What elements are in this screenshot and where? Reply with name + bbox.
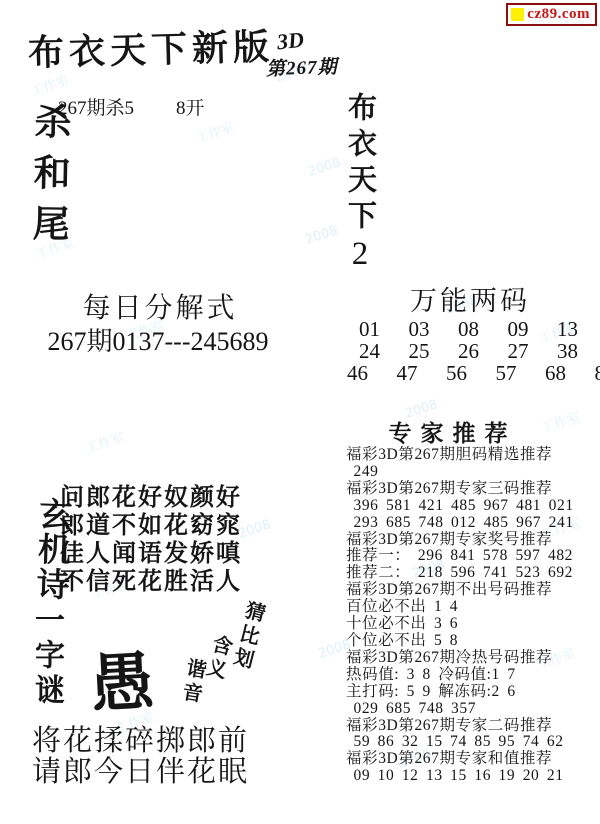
daily-formula-title: 每日分解式 — [25, 286, 295, 326]
poem-line: 佳人闻语发娇嗔 — [60, 540, 242, 568]
game-label: 3D — [276, 27, 305, 56]
universal-codes-row: 46 47 56 57 68 89 — [345, 362, 595, 384]
expert-line: 福彩3D第267期胆码精选推荐 — [346, 447, 600, 464]
expert-line: 福彩3D第267期专家和值推荐 — [346, 751, 600, 768]
couplet-line: 将花揉碎掷郎前 — [32, 726, 249, 757]
couplet-line: 请郎今日伴花眠 — [32, 757, 249, 788]
mystery-poem: 问郎花好奴颜好郎道不如花窈窕佳人闻语发娇嗔不信死花胜活人 — [60, 484, 242, 596]
logo-yellow-square-icon — [511, 8, 524, 21]
logo-text: cz89.com — [527, 6, 590, 23]
issue-number: 第267期 — [266, 52, 338, 81]
left-vertical-banner: 杀和尾 — [19, 102, 76, 256]
expert-line: 249 — [346, 464, 600, 481]
expert-line: 396 581 421 485 967 481 021 — [346, 498, 600, 515]
expert-line: 热码值: 3 8 冷码值:1 7 — [346, 667, 600, 684]
right-vertical-banner: 布衣天下2 — [340, 92, 381, 272]
daily-formula-content: 267期0137---245689 — [18, 321, 298, 358]
expert-line: 福彩3D第267期不出号码推荐 — [346, 582, 600, 599]
watermark-text: 工作室 — [193, 116, 236, 146]
page-title: 布衣天下新版 — [27, 19, 274, 76]
expert-line: 推荐二： 218 596 741 523 692 — [346, 565, 600, 582]
expert-line: 主打码: 5 9 解冻码:2 6 — [346, 684, 600, 701]
bottom-couplet: 将花揉碎掷郎前请郎今日伴花眠 — [32, 726, 249, 788]
poem-line: 问郎花好奴颜好 — [60, 484, 242, 512]
expert-recommendation-title: 专家推荐 — [345, 415, 560, 448]
kill-info-line: 267期杀58开 — [58, 93, 205, 120]
site-logo[interactable]: cz89.com — [506, 3, 597, 26]
expert-line: 推荐一： 296 841 578 597 482 — [346, 548, 600, 565]
expert-line: 福彩3D第267期冷热号码推荐 — [346, 650, 600, 667]
right-banner-text: 布衣天下 — [344, 92, 376, 236]
expert-line: 百位必不出 1 4 — [346, 599, 600, 616]
expert-line: 09 10 12 13 15 16 19 20 21 — [346, 768, 600, 785]
expert-line: 福彩3D第267期专家二码推荐 — [346, 718, 600, 735]
open-number-text: 8开 — [176, 98, 205, 119]
universal-two-codes-title: 万能两码 — [345, 279, 595, 318]
riddle-answer-character: 愚 — [88, 630, 157, 725]
watermark-text: 2008 — [306, 155, 342, 179]
expert-line: 59 86 32 15 74 85 95 74 62 — [346, 734, 600, 751]
watermark-text: 2008 — [303, 223, 339, 247]
riddle-label: 一字谜 — [24, 604, 68, 709]
universal-two-codes-block: 万能两码 01 03 08 09 13 18 19? 24 25 26 27 3… — [345, 279, 595, 384]
poem-line: 郎道不如花窈窕 — [60, 512, 242, 540]
expert-recommendation-list: 福彩3D第267期胆码精选推荐 249福彩3D第267期专家三码推荐 396 5… — [346, 447, 600, 785]
right-banner-number: 2 — [342, 236, 378, 272]
expert-line: 个位必不出 5 8 — [346, 633, 600, 650]
universal-codes-row: 24 25 26 27 38 39 45? — [345, 340, 595, 362]
lottery-sheet-page: 工作室2008工作室2008工作室2008工作室2008工作室工作室2008工作… — [0, 0, 600, 824]
expert-line: 029 685 748 357 — [346, 701, 600, 718]
universal-codes-row: 01 03 08 09 13 18 19? — [345, 318, 595, 340]
expert-line: 福彩3D第267期专家奖号推荐 — [346, 532, 600, 549]
riddle-hint: 谐音 — [174, 656, 210, 708]
poem-line: 不信死花胜活人 — [60, 568, 242, 596]
watermark-text: 工作室 — [83, 426, 126, 456]
expert-line: 293 685 748 012 485 967 241 — [346, 515, 600, 532]
expert-line: 福彩3D第267期专家三码推荐 — [346, 481, 600, 498]
expert-line: 十位必不出 3 6 — [346, 616, 600, 633]
